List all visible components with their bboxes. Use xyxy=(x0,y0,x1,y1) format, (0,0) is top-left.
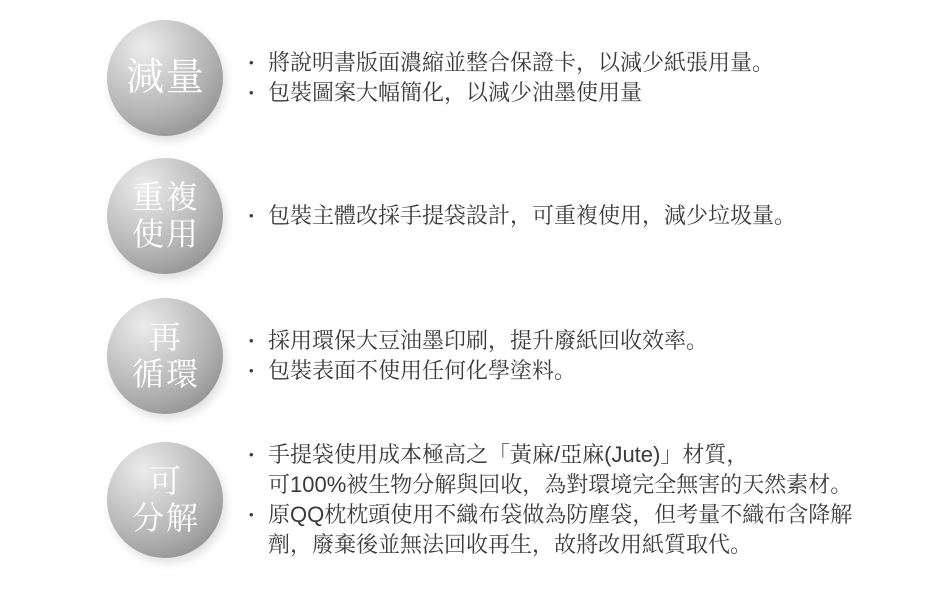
eco-badge: 重複使用 xyxy=(107,158,223,274)
bullet-text-line: 可100%被生物分解與回收，為對環境完全無害的天然素材。 xyxy=(268,470,852,500)
eco-section: 重複使用 •包裝主體改採手提袋設計，可重複使用，減少垃圾量。 xyxy=(0,158,950,274)
eco-badge: 減量 xyxy=(107,20,223,136)
bullet-item: •原QQ枕枕頭使用不織布袋做為防塵袋，但考量不織布含降解劑，廢棄後並無法回收再生… xyxy=(248,500,852,560)
bullet-dot-icon: • xyxy=(249,326,254,356)
bullet-text-line: 將說明書版面濃縮並整合保證卡，以減少紙張用量。 xyxy=(268,48,774,78)
badge-label-line: 減量 xyxy=(124,57,206,99)
bullet-item: •包裝表面不使用任何化學塗料。 xyxy=(248,356,708,386)
eco-packaging-infographic: 減量 •將說明書版面濃縮並整合保證卡，以減少紙張用量。•包裝圖案大幅簡化，以減少… xyxy=(0,0,950,611)
badge-label-line: 分解 xyxy=(130,500,200,537)
bullet-item: •包裝主體改採手提袋設計，可重複使用，減少垃圾量。 xyxy=(248,201,796,231)
eco-badge: 再循環 xyxy=(107,298,223,414)
badge-label-line: 再 xyxy=(147,319,183,356)
bullet-text-line: 包裝圖案大幅簡化，以減少油墨使用量 xyxy=(268,78,774,108)
bullet-list: •包裝主體改採手提袋設計，可重複使用，減少垃圾量。 xyxy=(248,201,796,231)
badge-label-line: 重複 xyxy=(130,179,200,216)
bullet-text-line: 劑，廢棄後並無法回收再生，故將改用紙質取代。 xyxy=(268,530,852,560)
bullet-list: •將說明書版面濃縮並整合保證卡，以減少紙張用量。•包裝圖案大幅簡化，以減少油墨使… xyxy=(248,48,774,108)
bullet-dot-icon: • xyxy=(249,500,254,530)
bullet-text-line: 包裝表面不使用任何化學塗料。 xyxy=(268,356,708,386)
bullet-text-line: 手提袋使用成本極高之「黃麻/亞麻(Jute)」材質， xyxy=(268,440,852,470)
eco-section: 可分解 •手提袋使用成本極高之「黃麻/亞麻(Jute)」材質，可100%被生物分… xyxy=(0,440,950,560)
bullet-text-line: 原QQ枕枕頭使用不織布袋做為防塵袋，但考量不織布含降解 xyxy=(268,500,852,530)
bullet-item: •將說明書版面濃縮並整合保證卡，以減少紙張用量。 xyxy=(248,48,774,78)
bullet-dot-icon: • xyxy=(249,356,254,386)
bullet-text-line: 採用環保大豆油墨印刷，提升廢紙回收效率。 xyxy=(268,326,708,356)
eco-section: 再循環 •採用環保大豆油墨印刷，提升廢紙回收效率。•包裝表面不使用任何化學塗料。 xyxy=(0,298,950,414)
bullet-list: •採用環保大豆油墨印刷，提升廢紙回收效率。•包裝表面不使用任何化學塗料。 xyxy=(248,326,708,386)
bullet-text-line: 包裝主體改採手提袋設計，可重複使用，減少垃圾量。 xyxy=(268,201,796,231)
bullet-item: •手提袋使用成本極高之「黃麻/亞麻(Jute)」材質，可100%被生物分解與回收… xyxy=(248,440,852,500)
bullet-item: •包裝圖案大幅簡化，以減少油墨使用量 xyxy=(248,78,774,108)
badge-label-line: 可 xyxy=(147,463,183,500)
badge-label-line: 使用 xyxy=(130,216,200,253)
badge-label-line: 循環 xyxy=(130,356,200,393)
eco-sections-container: 減量 •將說明書版面濃縮並整合保證卡，以減少紙張用量。•包裝圖案大幅簡化，以減少… xyxy=(0,20,950,560)
bullet-list: •手提袋使用成本極高之「黃麻/亞麻(Jute)」材質，可100%被生物分解與回收… xyxy=(248,440,852,560)
bullet-dot-icon: • xyxy=(249,201,254,231)
eco-section: 減量 •將說明書版面濃縮並整合保證卡，以減少紙張用量。•包裝圖案大幅簡化，以減少… xyxy=(0,20,950,136)
bullet-dot-icon: • xyxy=(249,78,254,108)
bullet-dot-icon: • xyxy=(249,48,254,78)
bullet-item: •採用環保大豆油墨印刷，提升廢紙回收效率。 xyxy=(248,326,708,356)
bullet-dot-icon: • xyxy=(249,440,254,470)
eco-badge: 可分解 xyxy=(107,442,223,558)
